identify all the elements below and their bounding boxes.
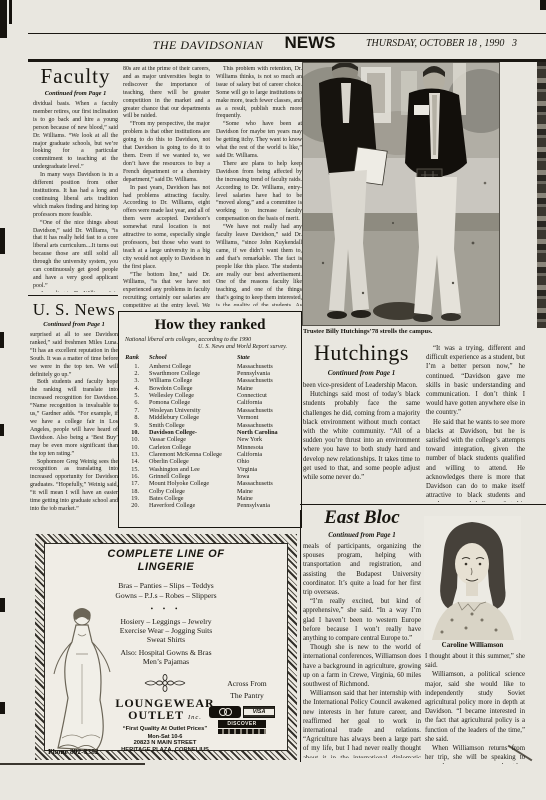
payment-cards: VISA DISCOVER <box>204 706 280 734</box>
school-cell: Oberlin College <box>141 458 237 465</box>
usnews-continued-line: Continued from Page 1 <box>30 321 118 328</box>
article-paragraph: dividual basis. When a faculty member re… <box>33 101 118 172</box>
state-cell: Massachusetts <box>237 422 295 429</box>
ad-title-line1: COMPLETE LINE OF <box>44 548 288 561</box>
rank-cell: 2. <box>125 370 141 377</box>
state-cell: Vermont <box>237 414 295 421</box>
table-row: 14.Oberlin CollegeOhio <box>125 458 295 465</box>
eastbloc-continued-line: Continued from Page 1 <box>303 531 421 539</box>
state-cell: New York <box>237 436 295 443</box>
table-row: 1.Amherst CollegeMassachusetts <box>125 363 295 370</box>
state-cell: Massachusetts <box>237 480 295 487</box>
discover-icon: DISCOVER <box>218 720 266 734</box>
rank-cell: 8. <box>125 414 141 421</box>
school-cell: Haverford College <box>141 502 237 509</box>
state-cell: Iowa <box>237 473 295 480</box>
table-row: 6.Pomona CollegeCalifornia <box>125 399 295 406</box>
state-cell: North Carolina <box>237 429 295 436</box>
ranking-title: How they ranked <box>125 317 295 334</box>
ad-content: COMPLETE LINE OF LINGERIE Bras – Panties… <box>44 548 288 756</box>
scan-artifact <box>9 0 12 24</box>
article-paragraph: I thought about it this summer,” she sai… <box>425 652 525 670</box>
ad-title-line2: LINGERIE <box>44 561 288 574</box>
article-paragraph: 80s are at the prime of their careers, a… <box>123 66 210 121</box>
article-paragraph: “Some who have been at Davidson for mayb… <box>216 121 302 161</box>
ad-address-line1: 20823 N MAIN STREET <box>94 740 236 747</box>
ranking-caption: U. S. News and World Report survey. <box>125 344 295 351</box>
rank-cell: 15. <box>125 466 141 473</box>
newspaper-page: THE DAVIDSONIAN NEWS THURSDAY, OCTOBER 1… <box>0 0 546 800</box>
state-cell: Virginia <box>237 466 295 473</box>
state-cell: California <box>237 399 295 406</box>
hutchings-column-1: Hutchings Continued from Page 1 been vic… <box>303 340 420 502</box>
rank-cell: 4. <box>125 385 141 392</box>
rank-header: Rank <box>125 354 141 361</box>
flower-logo-icon <box>143 674 187 692</box>
table-row: 5.Wellesley CollegeConnecticut <box>125 392 295 399</box>
rank-cell: 10. <box>125 436 141 443</box>
scan-artifact <box>0 332 4 348</box>
article-paragraph: been vice-president of Leadership Macon. <box>303 381 420 390</box>
state-header: State <box>237 354 295 361</box>
eastbloc-column-1: East Bloc Continued from Page 1 meals of… <box>303 507 421 758</box>
store-inc: Inc. <box>188 714 202 721</box>
scan-artifact <box>540 0 546 10</box>
rank-cell: 16. <box>125 473 141 480</box>
issue-date: THURSDAY, OCTOBER 18 , 1990 <box>366 38 516 49</box>
rank-cell: 1. <box>125 363 141 370</box>
faculty-column-2: 80s are at the prime of their careers, a… <box>123 66 210 308</box>
rank-cell: 5. <box>125 392 141 399</box>
ad-phone: Phone 892-3382 <box>48 747 99 756</box>
scan-artifact-strip <box>537 60 546 328</box>
table-header-row: Rank School State <box>125 354 295 361</box>
article-paragraph: Williamson, a political science major, s… <box>425 670 525 744</box>
table-row: 9.Smith CollegeMassachusetts <box>125 422 295 429</box>
article-paragraph: “We have not really had any faculty leav… <box>216 224 302 306</box>
article-paragraph: There are plans to help keep Davidson fr… <box>216 161 302 224</box>
rank-cell: 14. <box>125 458 141 465</box>
school-cell: Smith College <box>141 422 237 429</box>
visa-bottom-band <box>244 715 274 717</box>
article-paragraph: “From my perspective, the major problem … <box>123 121 210 184</box>
state-cell: Minnesota <box>237 444 295 451</box>
rank-cell: 17. <box>125 480 141 487</box>
article-paragraph: “I’m really excited, but kind of apprehe… <box>303 597 421 643</box>
article-paragraph: Though she is new to the world of intern… <box>303 643 421 689</box>
campus-photo-image <box>303 63 499 325</box>
ad-across-from: Across From The Pantry <box>212 678 282 702</box>
school-cell: Bates College <box>141 495 237 502</box>
school-cell: Claremont McKenna College <box>141 451 237 458</box>
table-row: 19.Bates CollegeMaine <box>125 495 295 502</box>
ad-items-line: Gowns – P.J.s – Robes – Slippers <box>44 591 288 601</box>
rank-cell: 6. <box>125 399 141 406</box>
school-cell: Mount Holyoke College <box>141 480 237 487</box>
hutchings-headline: Hutchings <box>303 340 420 366</box>
table-row: 13.Claremont McKenna CollegeCalifornia <box>125 451 295 458</box>
school-cell: Pomona College <box>141 399 237 406</box>
article-paragraph: In many ways Davidson is in a different … <box>33 172 118 219</box>
header-bottom-rule <box>28 59 546 62</box>
discover-stripe <box>218 729 266 734</box>
faculty-column-1: Faculty Continued from Page 1 dividual b… <box>33 64 118 292</box>
table-row: 10.Vassar CollegeNew York <box>125 436 295 443</box>
page-number: 3 <box>512 38 517 49</box>
school-cell: Wellesley College <box>141 392 237 399</box>
article-paragraph: Sophomore Greg Weinig sees the recogniti… <box>30 459 118 511</box>
table-row: 10.Carleton CollegeMinnesota <box>125 444 295 451</box>
scan-artifact <box>0 228 5 254</box>
school-cell: Washington and Lee <box>141 466 237 473</box>
article-paragraph: “The bottom line,” said Dr. Williams, “i… <box>123 272 210 308</box>
lingerie-advertisement: COMPLETE LINE OF LINGERIE Bras – Panties… <box>35 534 297 760</box>
school-cell: Vassar College <box>141 436 237 443</box>
state-cell: Pennsylvania <box>237 502 295 509</box>
state-cell: Ohio <box>237 458 295 465</box>
hutchings-continued-line: Continued from Page 1 <box>303 369 420 377</box>
ranking-caption: National liberal arts colleges, accordin… <box>125 337 295 344</box>
ad-across-line2: The Pantry <box>212 690 282 702</box>
usnews-rule <box>28 295 118 296</box>
school-cell: Middlebury College <box>141 414 237 421</box>
table-row: 3.Williams CollegeMassachusetts <box>125 377 295 384</box>
rank-cell: 20. <box>125 502 141 509</box>
school-header: School <box>141 354 237 361</box>
rank-cell: 10. <box>125 444 141 451</box>
state-cell: Massachusetts <box>237 363 295 370</box>
eastbloc-column-2: I thought about it this summer,” she sai… <box>425 652 525 764</box>
table-row: 20.Haverford CollegePennsylvania <box>125 502 295 509</box>
portrait-sketch-image <box>424 516 521 640</box>
school-cell: Davidson College- <box>141 429 237 436</box>
state-cell: Connecticut <box>237 392 295 399</box>
scan-artifact <box>0 598 5 612</box>
portrait-caption: Caroline Williamson <box>424 641 521 649</box>
state-cell: California <box>237 451 295 458</box>
state-cell: Maine <box>237 488 295 495</box>
article-paragraph: “It was a trying, different and difficul… <box>426 344 525 418</box>
portrait-sketch <box>424 516 521 640</box>
scan-artifact <box>0 702 5 714</box>
campus-photo <box>303 63 499 325</box>
store-name-outlet: OUTLET <box>128 708 184 722</box>
section-title: NEWS <box>268 33 352 53</box>
article-paragraph: “One of the nice things about Davidson,”… <box>33 220 118 291</box>
ad-across-line1: Across From <box>212 678 282 690</box>
faculty-headline: Faculty <box>33 64 118 89</box>
school-cell: Amherst College <box>141 363 237 370</box>
usnews-column: U. S. News Continued from Page 1 surpris… <box>30 298 118 510</box>
table-row: 16.Grinnell CollegeIowa <box>125 473 295 480</box>
faculty-column-3: This problem with retention, Dr. William… <box>216 66 302 306</box>
article-paragraph: He said that he wants to see more blacks… <box>426 418 525 502</box>
photo-caption: Trustee Billy Hutchings’78 strolls the c… <box>303 328 499 335</box>
article-paragraph: Williamson said that her internship with… <box>303 689 421 758</box>
visa-icon: VISA <box>243 706 275 718</box>
table-row: 17.Mount Holyoke CollegeMassachusetts <box>125 480 295 487</box>
discover-label: DISCOVER <box>218 720 266 728</box>
eastbloc-headline: East Bloc <box>303 507 421 529</box>
scan-artifact <box>0 424 4 436</box>
table-row: 15.Washington and LeeVirginia <box>125 466 295 473</box>
school-cell: Carleton College <box>141 444 237 451</box>
school-cell: Swarthmore College <box>141 370 237 377</box>
table-row: 7.Wesleyan UniversityMassachusetts <box>125 407 295 414</box>
school-cell: Colby College <box>141 488 237 495</box>
ad-address-line2: HERITAGE PLAZA, CORNELIUS <box>94 747 236 754</box>
rank-cell: 3. <box>125 377 141 384</box>
rank-cell: 7. <box>125 407 141 414</box>
hutchings-column-2: “It was a trying, different and difficul… <box>426 344 525 502</box>
faculty-continued-line: Continued from Page 1 <box>33 90 118 97</box>
article-paragraph: Hutchings said most of today’s black stu… <box>303 390 420 482</box>
state-cell: Maine <box>237 385 295 392</box>
school-cell: Wesleyan University <box>141 407 237 414</box>
school-cell: Williams College <box>141 377 237 384</box>
scan-artifact <box>0 0 7 38</box>
state-cell: Massachusetts <box>237 407 295 414</box>
ranking-table-box: How they ranked National liberal arts co… <box>118 311 302 528</box>
article-paragraph: When Williamson returns from her trip, s… <box>425 744 525 764</box>
ad-items-line: Bras – Panties – Slips – Teddys <box>44 581 288 591</box>
table-row: 4.Bowdoin CollegeMaine <box>125 385 295 392</box>
article-paragraph: According to Dr. Williams, it is possibl… <box>33 291 118 292</box>
mastercard-icon <box>209 706 241 718</box>
article-paragraph: meals of participants, organizing the sp… <box>303 542 421 597</box>
article-paragraph: Both students and faculty hope the ranki… <box>30 379 118 458</box>
table-row: 8.Middlebury CollegeVermont <box>125 414 295 421</box>
table-row-davidson: 10.Davidson College-North Carolina <box>125 429 295 436</box>
state-cell: Massachusetts <box>237 377 295 384</box>
school-cell: Grinnell College <box>141 473 237 480</box>
state-cell: Pennsylvania <box>237 370 295 377</box>
rank-cell: 18. <box>125 488 141 495</box>
eastbloc-rule <box>300 504 546 505</box>
article-paragraph: In past years, Davidson has not had prob… <box>123 185 210 272</box>
column-divider-rule <box>300 510 301 762</box>
rank-cell: 9. <box>125 422 141 429</box>
table-row: 18.Colby CollegeMaine <box>125 488 295 495</box>
state-cell: Maine <box>237 495 295 502</box>
table-row: 2.Swarthmore CollegePennsylvania <box>125 370 295 377</box>
bottom-edge-rule <box>0 763 145 765</box>
usnews-headline: U. S. News <box>30 300 118 320</box>
masthead: THE DAVIDSONIAN <box>128 38 288 53</box>
rank-cell: 19. <box>125 495 141 502</box>
rank-cell: 13. <box>125 451 141 458</box>
school-cell: Bowdoin College <box>141 385 237 392</box>
article-paragraph: This problem with retention, Dr. William… <box>216 66 302 121</box>
article-paragraph: surprised at all to see Davidson ranked,… <box>30 332 118 379</box>
rank-cell: 10. <box>125 429 141 436</box>
